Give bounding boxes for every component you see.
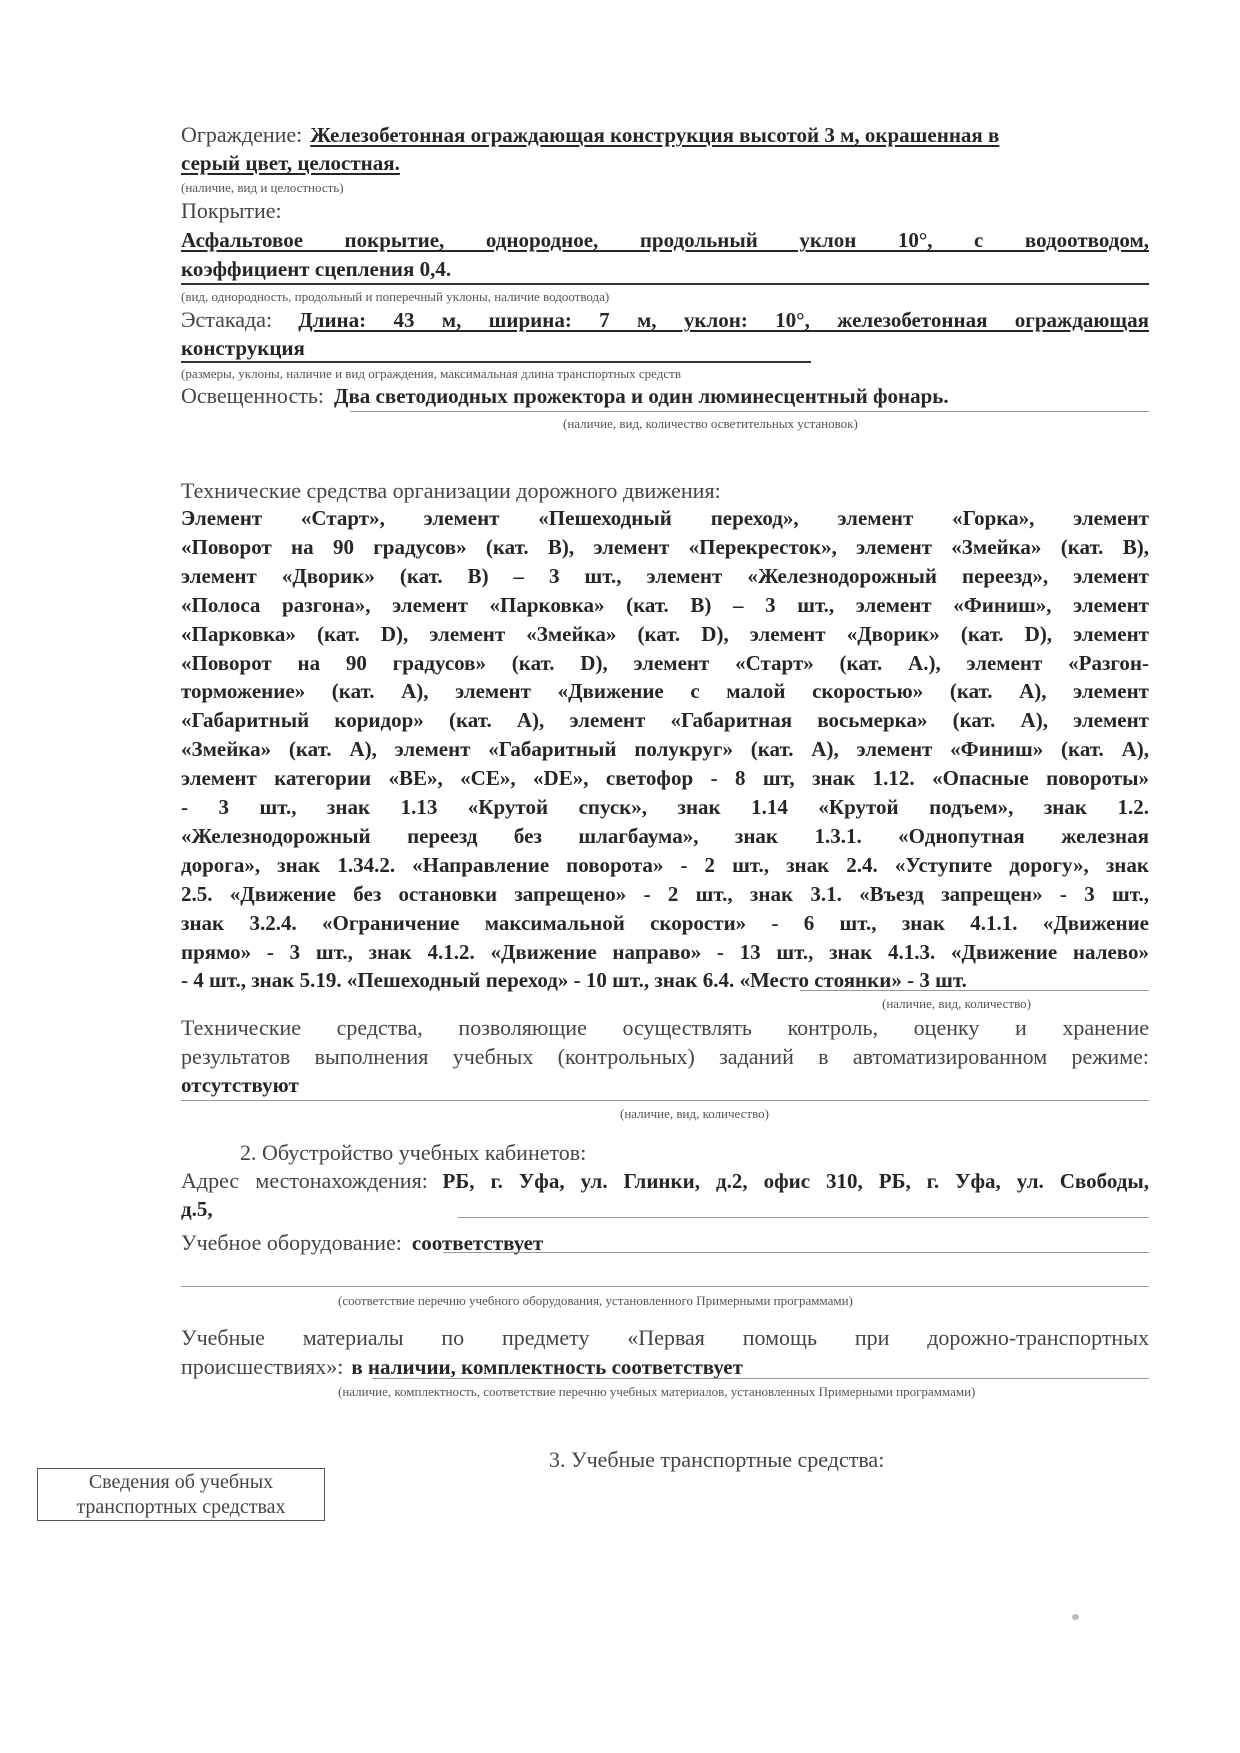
traffic-means-line: 2.5. «Движение без остановки запрещено» … [181,882,1149,907]
surface-note: (вид, однородность, продольный и попереч… [181,289,1149,305]
vehicles-info-box: Сведения об учебных транспортных средств… [37,1468,325,1521]
fencing-label: Ограждение: [181,122,302,147]
equipment-label: Учебное оборудование: [181,1230,402,1255]
traffic-means-label: Технические средства организации дорожно… [181,478,1149,504]
overpass-underline [181,361,811,363]
equipment-underline-2 [181,1286,1149,1287]
traffic-means-line: «Полоса разгона», элемент «Парковка» (ка… [181,593,1149,618]
fencing-row-2: серый цвет, целостная. [181,151,1149,176]
classrooms-heading: 2. Обустройство учебных кабинетов: [240,1140,586,1166]
materials-note: (наличие, комплектность, соответствие пе… [338,1384,975,1400]
address-value-1: РБ, г. Уфа, ул. Глинки, д.2, офис 310, Р… [443,1169,1149,1193]
traffic-means-line: «Парковка» (кат. D), элемент «Змейка» (к… [181,622,1149,647]
lighting-label: Освещенность: [181,383,324,408]
traffic-means-line: дорога», знак 1.34.2. «Направление повор… [181,853,1149,878]
address-value-2: д.5, [181,1197,213,1221]
materials-label-2: происшествиях»: [181,1354,343,1379]
materials-row: происшествиях»: в наличии, комплектность… [181,1354,1149,1380]
automation-note: (наличие, вид, количество) [620,1106,769,1122]
automation-label-1: Технические средства, позволяющие осущес… [181,1015,1149,1041]
vehicles-box-line-2: транспортных средствах [38,1495,324,1520]
overpass-value-2: конструкция [181,336,305,360]
traffic-means-line: торможение» (кат. А), элемент «Движение … [181,679,1149,704]
traffic-means-line: «Габаритный коридор» (кат. А), элемент «… [181,708,1149,733]
traffic-means-line: - 3 шт., знак 1.13 «Крутой спуск», знак … [181,795,1149,820]
equipment-note: (соответствие перечню учебного оборудова… [338,1293,853,1309]
traffic-means-line: «Железнодорожный переезд без шлагбаума»,… [181,824,1149,849]
automation-row: отсутствуют [181,1073,1149,1098]
traffic-means-underline [800,990,1149,991]
fencing-row-1: Ограждение: Железобетонная ограждающая к… [181,122,1149,148]
overpass-row-2: конструкция [181,336,1149,361]
vehicles-heading: 3. Учебные транспортные средства: [549,1447,884,1473]
vehicles-box-line-1: Сведения об учебных [38,1470,324,1495]
automation-underline [181,1100,1149,1101]
fencing-note: (наличие, вид и целостность) [181,180,1149,196]
traffic-means-line: «Поворот на 90 градусов» (кат. В), элеме… [181,535,1149,560]
overpass-label: Эстакада: [181,307,272,332]
traffic-means-line: прямо» - 3 шт., знак 4.1.2. «Движение на… [181,940,1149,965]
materials-label-1: Учебные материалы по предмету «Первая по… [181,1325,1149,1351]
surface-label: Покрытие: [181,198,1149,224]
traffic-means-line: элемент категории «ВЕ», «СЕ», «DE», свет… [181,766,1149,791]
address-row-1: Адрес местонахождения: РБ, г. Уфа, ул. Г… [181,1168,1149,1194]
materials-value: в наличии, комплектность соответствует [351,1355,743,1379]
address-row-2: д.5, [181,1197,1149,1222]
fencing-value-1: Железобетонная ограждающая конструкция в… [310,123,999,147]
surface-value-1: Асфальтовое покрытие, однородное, продол… [181,228,1149,253]
address-underline [458,1217,1149,1218]
traffic-means-note: (наличие, вид, количество) [882,996,1031,1012]
overpass-value-1: Длина: 43 м, ширина: 7 м, уклон: 10°, же… [298,308,1149,332]
traffic-means-line: «Поворот на 90 градусов» (кат. D), элеме… [181,651,1149,676]
traffic-means-line: Элемент «Старт», элемент «Пешеходный пер… [181,506,1149,531]
overpass-note: (размеры, уклоны, наличие и вид огражден… [181,366,1149,382]
lighting-note: (наличие, вид, количество осветительных … [563,416,858,432]
traffic-means-line: «Змейка» (кат. А), элемент «Габаритный п… [181,737,1149,762]
scan-speck [1072,1614,1079,1620]
fencing-value-2: серый цвет, целостная. [181,151,400,175]
equipment-underline [443,1252,1149,1253]
lighting-value: Два светодиодных прожектора и один люмин… [334,384,949,408]
lighting-underline [350,411,1149,412]
overpass-row-1: Эстакада: Длина: 43 м, ширина: 7 м, укло… [181,307,1149,333]
materials-underline [372,1378,1149,1379]
traffic-means-line: элемент «Дворик» (кат. В) – 3 шт., элеме… [181,564,1149,589]
surface-row-2: коэффициент сцепления 0,4. [181,257,1149,282]
surface-underline [181,283,1149,285]
lighting-row: Освещенность: Два светодиодных прожектор… [181,383,1149,409]
automation-value: отсутствуют [181,1073,299,1097]
surface-value-2: коэффициент сцепления 0,4. [181,257,451,281]
automation-label-2: результатов выполнения учебных (контроль… [181,1044,1149,1070]
traffic-means-line: знак 3.2.4. «Ограничение максимальной ск… [181,911,1149,936]
address-label: Адрес местонахождения: [181,1168,428,1193]
